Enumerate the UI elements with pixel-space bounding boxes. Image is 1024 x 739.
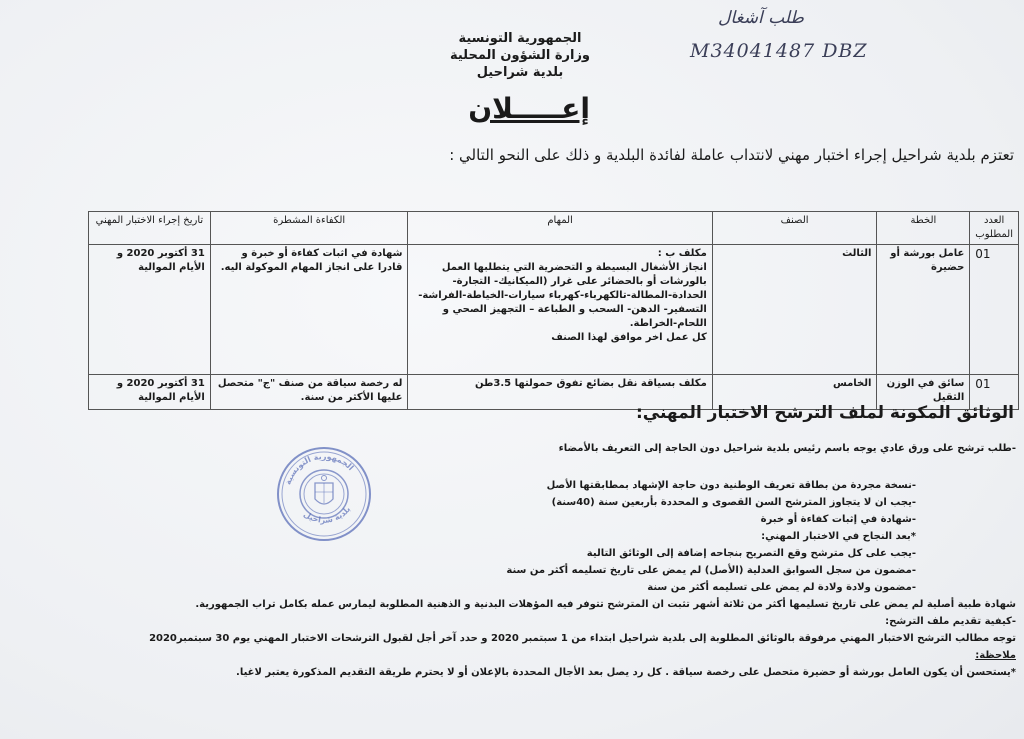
doc-line-declared: -يجب على كل مترشح وقع التصريح بنجاحه إضا…	[256, 545, 1016, 562]
cell-count: 01	[970, 245, 1019, 375]
doc-line-medical-cert: شهادة طبية أصلية لم يمض على تاريخ تسليمه…	[256, 596, 1016, 613]
doc-line-how-to-apply: -كيفية تقديم ملف الترشح:	[256, 613, 1016, 630]
cell-competence: شهادة في اثبات كفاءة أو خبرة و قادرا على…	[210, 245, 408, 375]
cell-date: 31 أكتوبر 2020 و الأيام الموالية	[89, 245, 211, 375]
header-count: العدد المطلوب	[970, 212, 1019, 245]
doc-line-birth-cert: -مضمون ولادة ولادة لم يمض على تسليمه أكث…	[256, 579, 1016, 596]
country-name: الجمهورية التونسية	[440, 30, 600, 47]
doc-line-note: *يستحسن أن يكون العامل بورشة أو حضيرة مت…	[256, 664, 1016, 681]
table-row: 01 عامل بورشة أو حضيرة الثالث مكلف ب : ا…	[89, 245, 1019, 375]
announcement-page: طلب آشغال M34041487 DBZ الجمهورية التونس…	[0, 0, 1024, 739]
doc-line-deadline: توجه مطالب الترشح الاختبار المهني مرفوقة…	[256, 630, 1016, 647]
doc-line-criminal-record: -مضمون من سجل السوابق العدلية (الأصل) لم…	[256, 562, 1016, 579]
header-plan: الخطة	[877, 212, 970, 245]
positions-table: العدد المطلوب الخطة الصنف المهام الكفاءة…	[88, 211, 1019, 410]
table-header-row: العدد المطلوب الخطة الصنف المهام الكفاءة…	[89, 212, 1019, 245]
municipal-stamp: الجمهورية التونسية بلدية شراحيل	[275, 445, 373, 543]
municipality-name: بلدية شراحيل	[440, 64, 600, 81]
handwritten-note-line2: M34041487 DBZ	[690, 40, 868, 62]
cell-date: 31 أكتوبر 2020 و الأيام الموالية	[89, 375, 211, 410]
header-competence: الكفاءة المشطرة	[210, 212, 408, 245]
ministry-name: وزارة الشؤون المحلية	[440, 47, 600, 64]
handwritten-note-line1: طلب آشغال	[718, 8, 804, 28]
header-date: تاريخ إجراء الاختبار المهني	[89, 212, 211, 245]
cell-competence: له رخصة سياقة من صنف "ج" متحصل عليها الأ…	[210, 375, 408, 410]
intro-paragraph: تعتزم بلدية شراحيل إجراء اختبار مهني لان…	[394, 146, 1014, 164]
cell-grade: الثالث	[712, 245, 877, 375]
cell-tasks: مكلف ب : انجاز الأشغال البسيطة و التحضري…	[408, 245, 712, 375]
cell-plan: عامل بورشة أو حضيرة	[877, 245, 970, 375]
header-grade: الصنف	[712, 212, 877, 245]
stamp-seal-icon: الجمهورية التونسية بلدية شراحيل	[275, 445, 373, 543]
doc-line-note-label: ملاحظة:	[256, 647, 1016, 664]
documents-section-title: الوثائق المكونة لملف الترشح الاختبار الم…	[636, 403, 1014, 423]
letterhead: الجمهورية التونسية وزارة الشؤون المحلية …	[440, 30, 600, 81]
page-title: إعـــــلان	[470, 92, 590, 125]
header-tasks: المهام	[408, 212, 712, 245]
